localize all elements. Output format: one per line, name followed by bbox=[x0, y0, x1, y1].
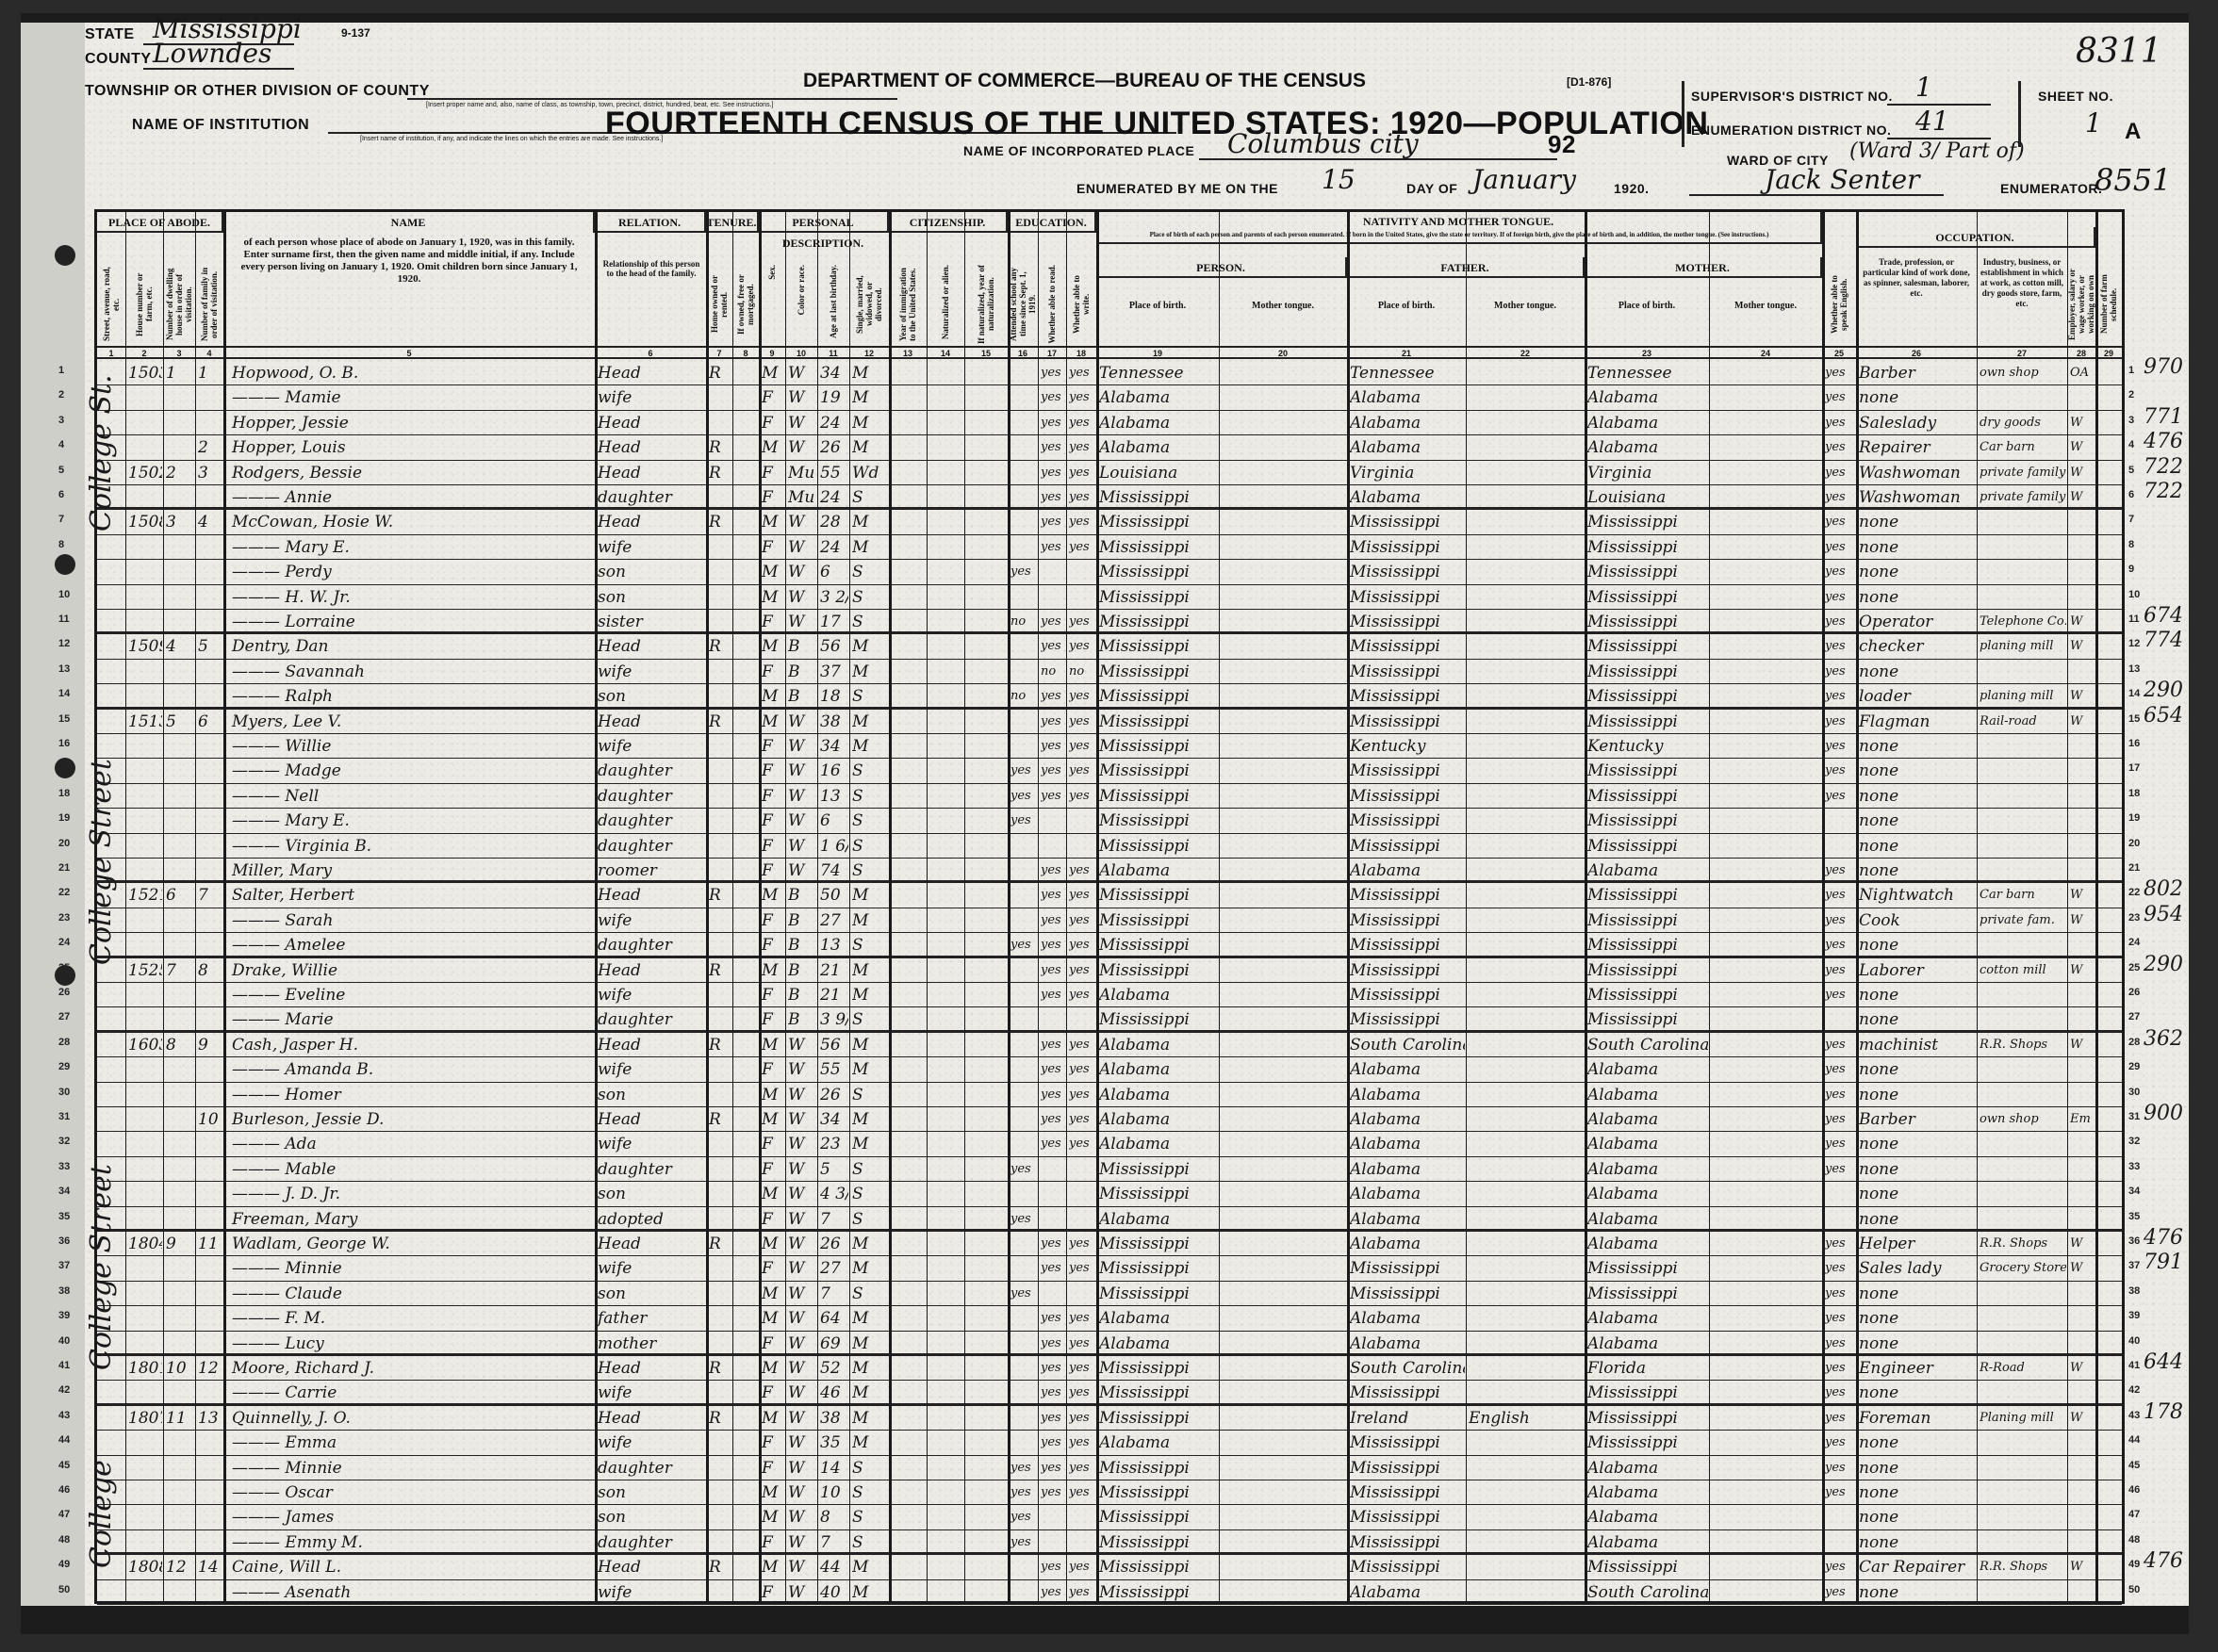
cell-english: yes bbox=[1825, 1107, 1855, 1131]
cell-father-tongue bbox=[1469, 510, 1584, 533]
cell-dwelling bbox=[166, 1057, 194, 1081]
cell-father-tongue bbox=[1469, 834, 1584, 858]
cell-dwelling bbox=[166, 535, 194, 559]
cell-marital: M bbox=[852, 734, 888, 758]
cell-employer: W bbox=[2070, 883, 2095, 907]
cell-dwelling: 1 bbox=[166, 361, 194, 384]
column-number: 8 bbox=[732, 348, 759, 359]
cell-read: no bbox=[1041, 660, 1065, 683]
column-divider bbox=[759, 212, 762, 1601]
cell-race: B bbox=[788, 1007, 816, 1029]
cell-employer bbox=[2070, 1456, 2095, 1480]
cell-marital: M bbox=[852, 883, 888, 907]
cell-trade: none bbox=[1859, 510, 1976, 533]
cell-dwelling bbox=[166, 734, 194, 758]
cell-mother-birth: Alabama bbox=[1587, 385, 1708, 409]
cell-employer bbox=[2070, 1207, 2095, 1229]
cell-name: ——— Carrie bbox=[226, 1381, 594, 1402]
cell-read: yes bbox=[1041, 1107, 1065, 1131]
cell-english: yes bbox=[1825, 883, 1855, 907]
cell-sex: M bbox=[762, 1083, 784, 1106]
cell-age: 64 bbox=[820, 1306, 848, 1330]
cell-write: yes bbox=[1069, 385, 1095, 409]
cell-school bbox=[1010, 1057, 1037, 1081]
cell-write: yes bbox=[1069, 610, 1095, 631]
cell-write: yes bbox=[1069, 933, 1095, 955]
line-number-right: 29 bbox=[2128, 1061, 2140, 1072]
county-value: Lowndes bbox=[153, 38, 271, 69]
cell-english: yes bbox=[1825, 610, 1855, 631]
cell-write bbox=[1069, 1530, 1095, 1552]
cell-tenure bbox=[709, 983, 731, 1006]
cell-relation: Head bbox=[598, 411, 705, 434]
table-row: ——— Virginia B.daughterFW1 6/12SMississi… bbox=[97, 834, 2122, 859]
cell-relation: daughter bbox=[598, 1007, 705, 1029]
cell-name: Drake, Willie bbox=[226, 958, 594, 982]
cell-trade: none bbox=[1859, 1381, 1976, 1402]
margin-code: 970 bbox=[2144, 355, 2183, 379]
cell-trade: Washwoman bbox=[1859, 485, 1976, 507]
group-nativity: NATIVITY AND MOTHER TONGUE. bbox=[1096, 212, 1822, 244]
margin-code: 900 bbox=[2144, 1102, 2183, 1125]
cell-sex: F bbox=[762, 535, 784, 559]
column-divider bbox=[1096, 212, 1099, 1601]
cell-english: yes bbox=[1825, 1580, 1855, 1604]
cell-birth: Mississippi bbox=[1099, 933, 1218, 955]
cell-birth: Mississippi bbox=[1099, 1406, 1218, 1430]
township-label: TOWNSHIP OR OTHER DIVISION OF COUNTY bbox=[85, 83, 430, 100]
line-number-left: 4 bbox=[58, 439, 64, 450]
cell-marital: S bbox=[852, 784, 888, 808]
cell-english: yes bbox=[1825, 461, 1855, 484]
cell-school: yes bbox=[1010, 1282, 1037, 1305]
cell-industry bbox=[1980, 510, 2066, 533]
cell-father-birth: Alabama bbox=[1350, 1232, 1465, 1255]
cell-relation: wife bbox=[598, 1381, 705, 1402]
cell-industry: own shop bbox=[1980, 361, 2066, 384]
cell-read: yes bbox=[1041, 958, 1065, 982]
group-place-of-abode: PLACE OF ABODE. bbox=[97, 212, 223, 233]
cell-english: yes bbox=[1825, 759, 1855, 782]
cell-name: Wadlam, George W. bbox=[226, 1232, 594, 1255]
cell-sex: M bbox=[762, 1182, 784, 1205]
cell-age: 28 bbox=[820, 510, 848, 533]
cell-mother-birth: Mississippi bbox=[1587, 958, 1708, 982]
cell-family: 10 bbox=[198, 1107, 222, 1131]
cell-sex: M bbox=[762, 1306, 784, 1330]
cell-race: W bbox=[788, 560, 816, 583]
cell-birth: Mississippi bbox=[1099, 1256, 1218, 1280]
cell-marital: M bbox=[852, 1033, 888, 1056]
cell-birth: Mississippi bbox=[1099, 1282, 1218, 1305]
nativity-title: NATIVITY AND MOTHER TONGUE. bbox=[1363, 215, 1553, 228]
cell-mother-birth: Mississippi bbox=[1587, 1431, 1708, 1454]
cell-father-birth: Ireland bbox=[1350, 1406, 1465, 1430]
cell-dwelling: 10 bbox=[166, 1356, 194, 1380]
column-number: 24 bbox=[1709, 348, 1822, 359]
cell-sex: F bbox=[762, 461, 784, 484]
cell-house: 1502 bbox=[128, 461, 162, 484]
cell-house bbox=[128, 1381, 162, 1402]
table-row: Miller, MaryroomerFW74SyesyesAlabamaAlab… bbox=[97, 859, 2122, 883]
cell-employer: W bbox=[2070, 634, 2095, 658]
cell-read: yes bbox=[1041, 1132, 1065, 1155]
cell-race: W bbox=[788, 1083, 816, 1106]
cell-father-birth: Alabama bbox=[1350, 859, 1465, 880]
cell-father-tongue bbox=[1469, 634, 1584, 658]
margin-code-value: 954 bbox=[2144, 903, 2183, 926]
cell-family bbox=[198, 1207, 222, 1229]
cell-tenure bbox=[709, 1007, 731, 1029]
cell-mother-birth: Louisiana bbox=[1587, 485, 1708, 507]
cell-marital: S bbox=[852, 610, 888, 631]
cell-school bbox=[1010, 485, 1037, 507]
cell-write: yes bbox=[1069, 435, 1095, 459]
cell-industry bbox=[1980, 809, 2066, 832]
column-header-label: If owned, free or mortgaged. bbox=[736, 265, 755, 344]
margin-code: 722 bbox=[2144, 455, 2183, 479]
margin-code: 722 bbox=[2144, 480, 2183, 503]
cell-race: W bbox=[788, 1431, 816, 1454]
cell-dwelling: 3 bbox=[166, 510, 194, 533]
cell-father-tongue bbox=[1469, 461, 1584, 484]
line-number-left: 36 bbox=[58, 1235, 70, 1247]
cell-father-birth: Mississippi bbox=[1350, 883, 1465, 907]
cell-age: 13 bbox=[820, 933, 848, 955]
cell-trade: Car Repairer bbox=[1859, 1555, 1976, 1578]
cell-dwelling: 2 bbox=[166, 461, 194, 484]
line-number-left: 24 bbox=[58, 937, 70, 948]
column-number: 6 bbox=[595, 348, 706, 359]
cell-tenure bbox=[709, 535, 731, 559]
line-number-right: 5 bbox=[2128, 465, 2134, 476]
cell-relation: Head bbox=[598, 1356, 705, 1380]
cell-father-birth: Mississippi bbox=[1350, 610, 1465, 631]
line-number-left: 23 bbox=[58, 912, 70, 924]
cell-mother-birth: South Carolina bbox=[1587, 1580, 1708, 1604]
line-number-left: 14 bbox=[58, 688, 70, 699]
cell-dwelling bbox=[166, 983, 194, 1006]
cell-employer bbox=[2070, 510, 2095, 533]
line-number-right: 1 bbox=[2128, 365, 2134, 376]
cell-birth: Mississippi bbox=[1099, 883, 1218, 907]
cell-write bbox=[1069, 1157, 1095, 1181]
cell-employer: Em bbox=[2070, 1107, 2095, 1131]
cell-school bbox=[1010, 1182, 1037, 1205]
cell-mother-birth: Mississippi bbox=[1587, 834, 1708, 858]
cell-english bbox=[1825, 1182, 1855, 1205]
cell-marital: Wd bbox=[852, 461, 888, 484]
cell-marital: M bbox=[852, 983, 888, 1006]
cell-name: ——— Willie bbox=[226, 734, 594, 758]
line-number-left: 16 bbox=[58, 738, 70, 749]
cell-employer: W bbox=[2070, 1555, 2095, 1578]
line-number-left: 41 bbox=[58, 1360, 70, 1371]
cell-trade: none bbox=[1859, 1007, 1976, 1029]
cell-write: yes bbox=[1069, 1057, 1095, 1081]
cell-name: ——— Savannah bbox=[226, 660, 594, 683]
cell-industry: cotton mill bbox=[1980, 958, 2066, 982]
cell-mother-birth: Alabama bbox=[1587, 1157, 1708, 1181]
line-number-right: 8 bbox=[2128, 539, 2134, 550]
cell-relation: Head bbox=[598, 461, 705, 484]
cell-father-tongue bbox=[1469, 1555, 1584, 1578]
cell-father-tongue bbox=[1469, 908, 1584, 932]
cell-employer: OA bbox=[2070, 361, 2095, 384]
cell-school bbox=[1010, 660, 1037, 683]
cell-father-tongue: English bbox=[1469, 1406, 1584, 1430]
cell-house bbox=[128, 859, 162, 880]
cell-employer: W bbox=[2070, 610, 2095, 631]
cell-sex: F bbox=[762, 784, 784, 808]
cell-employer: W bbox=[2070, 461, 2095, 484]
cell-father-tongue bbox=[1469, 958, 1584, 982]
line-number-right: 6 bbox=[2128, 489, 2134, 500]
line-number-right: 35 bbox=[2128, 1211, 2140, 1222]
cell-tenure bbox=[709, 1132, 731, 1155]
cell-industry bbox=[1980, 1007, 2066, 1029]
cell-english: yes bbox=[1825, 1555, 1855, 1578]
cell-name: ——— Lorraine bbox=[226, 610, 594, 631]
cell-trade: none bbox=[1859, 585, 1976, 609]
cell-sex: M bbox=[762, 1406, 784, 1430]
cell-family bbox=[198, 684, 222, 706]
cell-school bbox=[1010, 634, 1037, 658]
cell-school: yes bbox=[1010, 1530, 1037, 1552]
cell-english: yes bbox=[1825, 859, 1855, 880]
cell-house bbox=[128, 1505, 162, 1529]
cell-english: yes bbox=[1825, 933, 1855, 955]
cell-birth: Mississippi bbox=[1099, 908, 1218, 932]
cell-age: 3 2/12 bbox=[820, 585, 848, 609]
cell-father-tongue bbox=[1469, 411, 1584, 434]
cell-tenure bbox=[709, 1157, 731, 1181]
cell-age: 6 bbox=[820, 809, 848, 832]
cell-house bbox=[128, 734, 162, 758]
cell-relation: daughter bbox=[598, 759, 705, 782]
table-row: Freeman, MaryadoptedFW7SyesAlabamaAlabam… bbox=[97, 1207, 2122, 1232]
cell-house bbox=[128, 660, 162, 683]
cell-age: 26 bbox=[820, 435, 848, 459]
cell-mother-birth: Alabama bbox=[1587, 411, 1708, 434]
cell-relation: son bbox=[598, 1182, 705, 1205]
cell-age: 24 bbox=[820, 411, 848, 434]
column-divider bbox=[849, 212, 850, 1601]
cell-birth: Mississippi bbox=[1099, 734, 1218, 758]
stamp-number: 92 bbox=[1548, 130, 1576, 159]
cell-father-birth: South Carolina bbox=[1350, 1033, 1465, 1056]
cell-english: yes bbox=[1825, 361, 1855, 384]
cell-name: ——— Mamie bbox=[226, 385, 594, 409]
column-header-label: Single, married, widowed, or divorced. bbox=[855, 265, 883, 344]
margin-code-value: 476 bbox=[2144, 1226, 2183, 1250]
line-number-right: 50 bbox=[2128, 1584, 2140, 1595]
state-label: STATE bbox=[85, 26, 135, 43]
cell-sex: F bbox=[762, 1132, 784, 1155]
line-number-right: 21 bbox=[2128, 862, 2140, 874]
group-relation: RELATION. bbox=[595, 212, 706, 233]
cell-tenure bbox=[709, 1057, 731, 1081]
line-number-right: 28 bbox=[2128, 1037, 2140, 1048]
cell-father-birth: Alabama bbox=[1350, 1332, 1465, 1353]
column-divider bbox=[1466, 212, 1467, 1601]
cell-race: B bbox=[788, 958, 816, 982]
column-number-row: 1234567891011121314151617181920212223242… bbox=[97, 346, 2122, 359]
cell-employer bbox=[2070, 734, 2095, 758]
cell-tenure bbox=[709, 1207, 731, 1229]
line-number-left: 43 bbox=[58, 1410, 70, 1421]
cell-marital: M bbox=[852, 510, 888, 533]
cell-read: yes bbox=[1041, 1580, 1065, 1604]
cell-age: 7 bbox=[820, 1207, 848, 1229]
cell-house bbox=[128, 1207, 162, 1229]
cell-industry: R.R. Shops bbox=[1980, 1033, 2066, 1056]
cell-father-birth: Mississippi bbox=[1350, 784, 1465, 808]
column-number: 5 bbox=[223, 348, 595, 359]
cell-mother-birth: Mississippi bbox=[1587, 610, 1708, 631]
cell-tenure: R bbox=[709, 634, 731, 658]
cell-father-birth: Alabama bbox=[1350, 1132, 1465, 1155]
cell-house bbox=[128, 809, 162, 832]
cell-birth: Mississippi bbox=[1099, 1182, 1218, 1205]
cell-birth: Mississippi bbox=[1099, 1555, 1218, 1578]
cell-father-tongue bbox=[1469, 1456, 1584, 1480]
enumerator-number: 8551 bbox=[2095, 162, 2171, 198]
cell-marital: M bbox=[852, 1057, 888, 1081]
cell-age: 34 bbox=[820, 1107, 848, 1131]
line-number-right: 14 bbox=[2128, 688, 2140, 699]
cell-name: ——— Mary E. bbox=[226, 809, 594, 832]
column-header-label: Mother tongue. bbox=[1466, 301, 1585, 311]
cell-school bbox=[1010, 734, 1037, 758]
cell-race: W bbox=[788, 1530, 816, 1552]
cell-dwelling bbox=[166, 585, 194, 609]
table-row: ——— NelldaughterFW13SyesyesyesMississipp… bbox=[97, 784, 2122, 809]
cell-write bbox=[1069, 585, 1095, 609]
cell-age: 21 bbox=[820, 958, 848, 982]
cell-read: yes bbox=[1041, 1057, 1065, 1081]
column-divider bbox=[163, 212, 164, 1601]
cell-sex: M bbox=[762, 1356, 784, 1380]
cell-dwelling bbox=[166, 660, 194, 683]
cell-tenure: R bbox=[709, 1033, 731, 1056]
cell-name: ——— Minnie bbox=[226, 1456, 594, 1480]
cell-marital: M bbox=[852, 1381, 888, 1402]
cell-marital: M bbox=[852, 634, 888, 658]
table-row: ——— H. W. Jr.sonMW3 2/12SMississippiMiss… bbox=[97, 585, 2122, 610]
cell-birth: Alabama bbox=[1099, 983, 1218, 1006]
cell-relation: son bbox=[598, 1505, 705, 1529]
column-number: 19 bbox=[1096, 348, 1219, 359]
column-number: 27 bbox=[1977, 348, 2067, 359]
line-number-left: 39 bbox=[58, 1310, 70, 1321]
cell-marital: M bbox=[852, 1555, 888, 1578]
column-number: 2 bbox=[125, 348, 163, 359]
cell-relation: Head bbox=[598, 710, 705, 733]
cell-write: yes bbox=[1069, 1332, 1095, 1353]
cell-sex: F bbox=[762, 1381, 784, 1402]
cell-tenure bbox=[709, 1256, 731, 1280]
cell-age: 23 bbox=[820, 1132, 848, 1155]
cell-age: 26 bbox=[820, 1232, 848, 1255]
cell-dwelling bbox=[166, 1431, 194, 1454]
cell-dwelling bbox=[166, 1580, 194, 1604]
cell-name: ——— James bbox=[226, 1505, 594, 1529]
margin-code-value: 674 bbox=[2144, 604, 2183, 628]
cell-marital: S bbox=[852, 1182, 888, 1205]
cell-industry bbox=[1980, 1207, 2066, 1229]
group-person: PERSON. bbox=[1096, 257, 1347, 278]
cell-marital: M bbox=[852, 1132, 888, 1155]
cell-school bbox=[1010, 1332, 1037, 1353]
cell-marital: S bbox=[852, 859, 888, 880]
cell-school: yes bbox=[1010, 759, 1037, 782]
cell-read: yes bbox=[1041, 411, 1065, 434]
cell-race: W bbox=[788, 585, 816, 609]
relation-description: Relationship of this person to the head … bbox=[602, 259, 700, 278]
cell-english: yes bbox=[1825, 1256, 1855, 1280]
cell-family bbox=[198, 610, 222, 631]
cell-english: yes bbox=[1825, 1033, 1855, 1056]
line-number-left: 32 bbox=[58, 1136, 70, 1147]
table-row: ——— MinniewifeFW27MyesyesMississippiMiss… bbox=[97, 1256, 2122, 1281]
cell-house bbox=[128, 834, 162, 858]
cell-school bbox=[1010, 1033, 1037, 1056]
line-number-left: 3 bbox=[58, 415, 64, 426]
line-number-right: 32 bbox=[2128, 1136, 2140, 1147]
cell-sex: M bbox=[762, 585, 784, 609]
cell-father-birth: Alabama bbox=[1350, 411, 1465, 434]
cell-mother-birth: Alabama bbox=[1587, 1505, 1708, 1529]
cell-age: 74 bbox=[820, 859, 848, 880]
column-header-label: Number of farm schedule. bbox=[2099, 265, 2118, 344]
margin-code-value: 644 bbox=[2144, 1350, 2183, 1374]
line-number-right: 41 bbox=[2128, 1360, 2140, 1371]
table-row: 151356Myers, Lee V.HeadRMW38MyesyesMissi… bbox=[97, 710, 2122, 734]
cell-tenure bbox=[709, 759, 731, 782]
cell-family bbox=[198, 1057, 222, 1081]
table-row: ——— Emmy M.daughterFW7SyesMississippiMis… bbox=[97, 1530, 2122, 1555]
cell-read: yes bbox=[1041, 710, 1065, 733]
line-number-right: 40 bbox=[2128, 1335, 2140, 1347]
cell-father-tongue bbox=[1469, 385, 1584, 409]
cell-dwelling bbox=[166, 759, 194, 782]
line-number-left: 10 bbox=[58, 589, 70, 600]
line-number-left: 15 bbox=[58, 713, 70, 725]
cell-dwelling bbox=[166, 1480, 194, 1504]
cell-name: ——— Emmy M. bbox=[226, 1530, 594, 1552]
cell-dwelling bbox=[166, 684, 194, 706]
margin-code: 771 bbox=[2144, 405, 2183, 429]
cell-tenure bbox=[709, 485, 731, 507]
cell-birth: Mississippi bbox=[1099, 1007, 1218, 1029]
column-header-label: Street, avenue, road, etc. bbox=[102, 265, 121, 344]
cell-read: yes bbox=[1041, 435, 1065, 459]
cell-birth: Louisiana bbox=[1099, 461, 1218, 484]
cell-sex: F bbox=[762, 1456, 784, 1480]
column-number: 23 bbox=[1585, 348, 1709, 359]
cell-house: 1509 bbox=[128, 634, 162, 658]
cell-name: Moore, Richard J. bbox=[226, 1356, 594, 1380]
cell-school bbox=[1010, 908, 1037, 932]
cell-marital: M bbox=[852, 535, 888, 559]
cell-industry: private family bbox=[1980, 461, 2066, 484]
cell-age: 7 bbox=[820, 1530, 848, 1552]
line-number-right: 33 bbox=[2128, 1161, 2140, 1172]
cell-english bbox=[1825, 1207, 1855, 1229]
cell-age: 5 bbox=[820, 1157, 848, 1181]
cell-family bbox=[198, 809, 222, 832]
